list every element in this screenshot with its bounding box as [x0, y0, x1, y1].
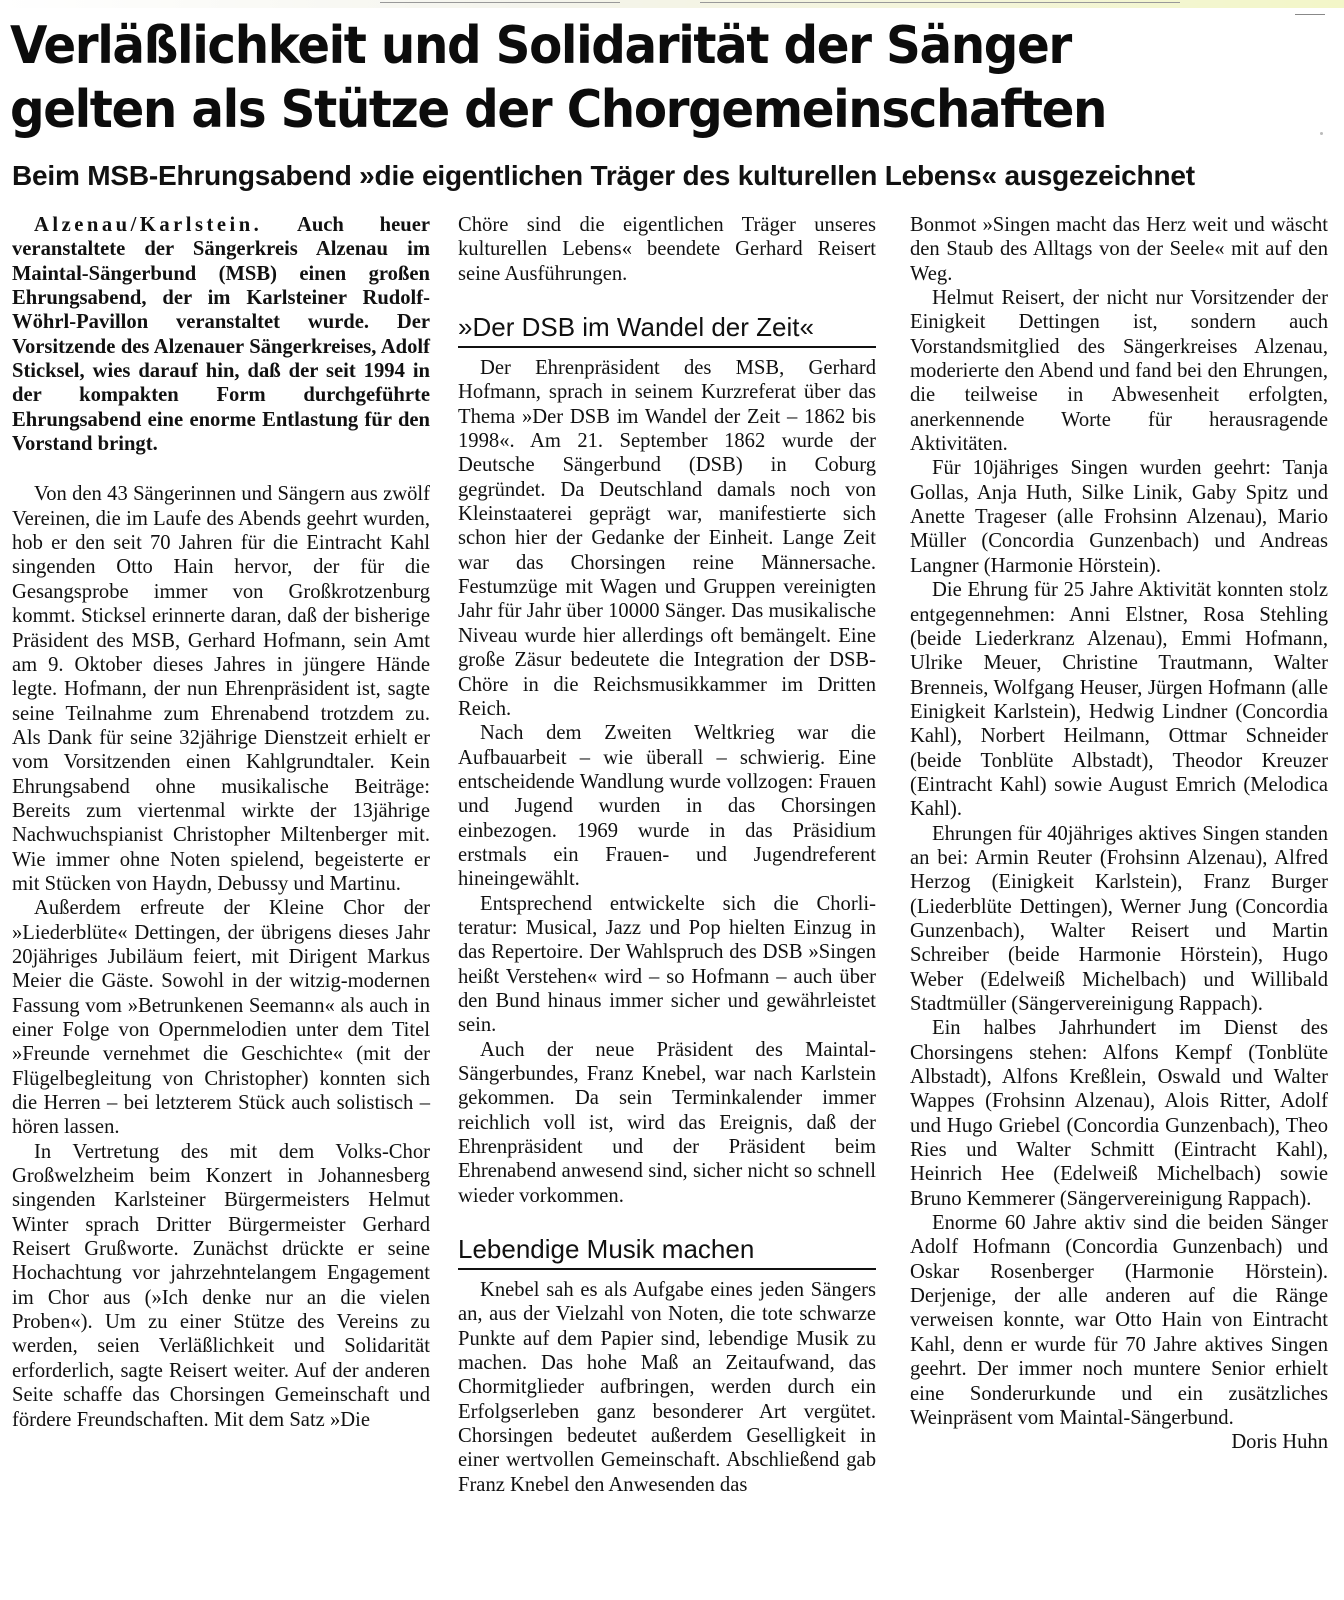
author-byline: Doris Huhn: [1209, 1430, 1328, 1454]
body-paragraph: Helmut Reisert, der nicht nur Vorsitzen­…: [910, 286, 1328, 456]
body-paragraph: Für 10jähriges Singen wurden geehrt: Tan…: [910, 456, 1328, 578]
column-2: Chöre sind die eigentlichen Träger unser…: [458, 213, 876, 1497]
headline: Verläßlichkeit und Solidarität der Sänge…: [10, 14, 1228, 142]
column-3: Bonmot »Singen macht das Herz weit und w…: [910, 213, 1328, 1455]
body-paragraph: Knebel sah es als Aufgabe eines jeden Sä…: [458, 1278, 876, 1497]
closing-text: Enorme 60 Jahre aktiv sind die beiden Sä…: [910, 1212, 1328, 1429]
body-paragraph: Die Ehrung für 25 Jahre Aktivität konnte…: [910, 578, 1328, 821]
body-paragraph: Entsprechend entwickelte sich die Chorli…: [458, 892, 876, 1038]
headline-line-1: Verläßlichkeit und Solidarität der Sänge…: [10, 16, 1071, 76]
scan-top-edge: [0, 0, 1344, 8]
scan-artifact-rule: [380, 2, 620, 3]
body-paragraph: In Vertretung des mit dem Volks-Chor Gro…: [12, 1140, 430, 1432]
body-paragraph: Auch der neue Präsident des Maintal-Säng…: [458, 1038, 876, 1208]
scan-speck: [1320, 132, 1323, 135]
scan-artifact-rule: [700, 2, 1180, 3]
scan-speck: [1295, 14, 1325, 15]
lead-paragraph: Alzenau/Karlstein. Auch heuer veranstalt…: [12, 213, 430, 456]
body-paragraph: Nach dem Zweiten Weltkrieg war die Aufba…: [458, 721, 876, 891]
subheadline: Beim MSB-Ehrungsabend »die eigentlichen …: [12, 158, 1195, 194]
headline-line-2: gelten als Stütze der Chorgemeinschaften: [10, 80, 1106, 140]
body-paragraph: Der Ehrenpräsident des MSB, Gerhard Hofm…: [458, 356, 876, 721]
section-heading-musik: Lebendige Musik machen: [458, 1232, 876, 1270]
body-paragraph: Enorme 60 Jahre aktiv sind die beiden Sä…: [910, 1211, 1328, 1430]
section-heading-dsb: »Der DSB im Wandel der Zeit«: [458, 310, 876, 348]
body-paragraph: Chöre sind die eigentlichen Träger unser…: [458, 213, 876, 286]
dateline: Alzenau/Karlstein.: [34, 214, 262, 236]
body-paragraph: Bonmot »Singen macht das Herz weit und w…: [910, 213, 1328, 286]
body-paragraph: Ehrungen für 40jähriges aktives Singen s…: [910, 822, 1328, 1017]
column-1: Alzenau/Karlstein. Auch heuer veranstalt…: [12, 213, 430, 1432]
body-paragraph: Außerdem erfreute der Kleine Chor der »L…: [12, 896, 430, 1139]
body-paragraph: Von den 43 Sängerinnen und Sängern aus z…: [12, 482, 430, 896]
body-paragraph: Ein halbes Jahrhundert im Dienst des Cho…: [910, 1016, 1328, 1211]
lead-text: Auch heuer veranstaltete der Sängerkreis…: [12, 214, 430, 455]
